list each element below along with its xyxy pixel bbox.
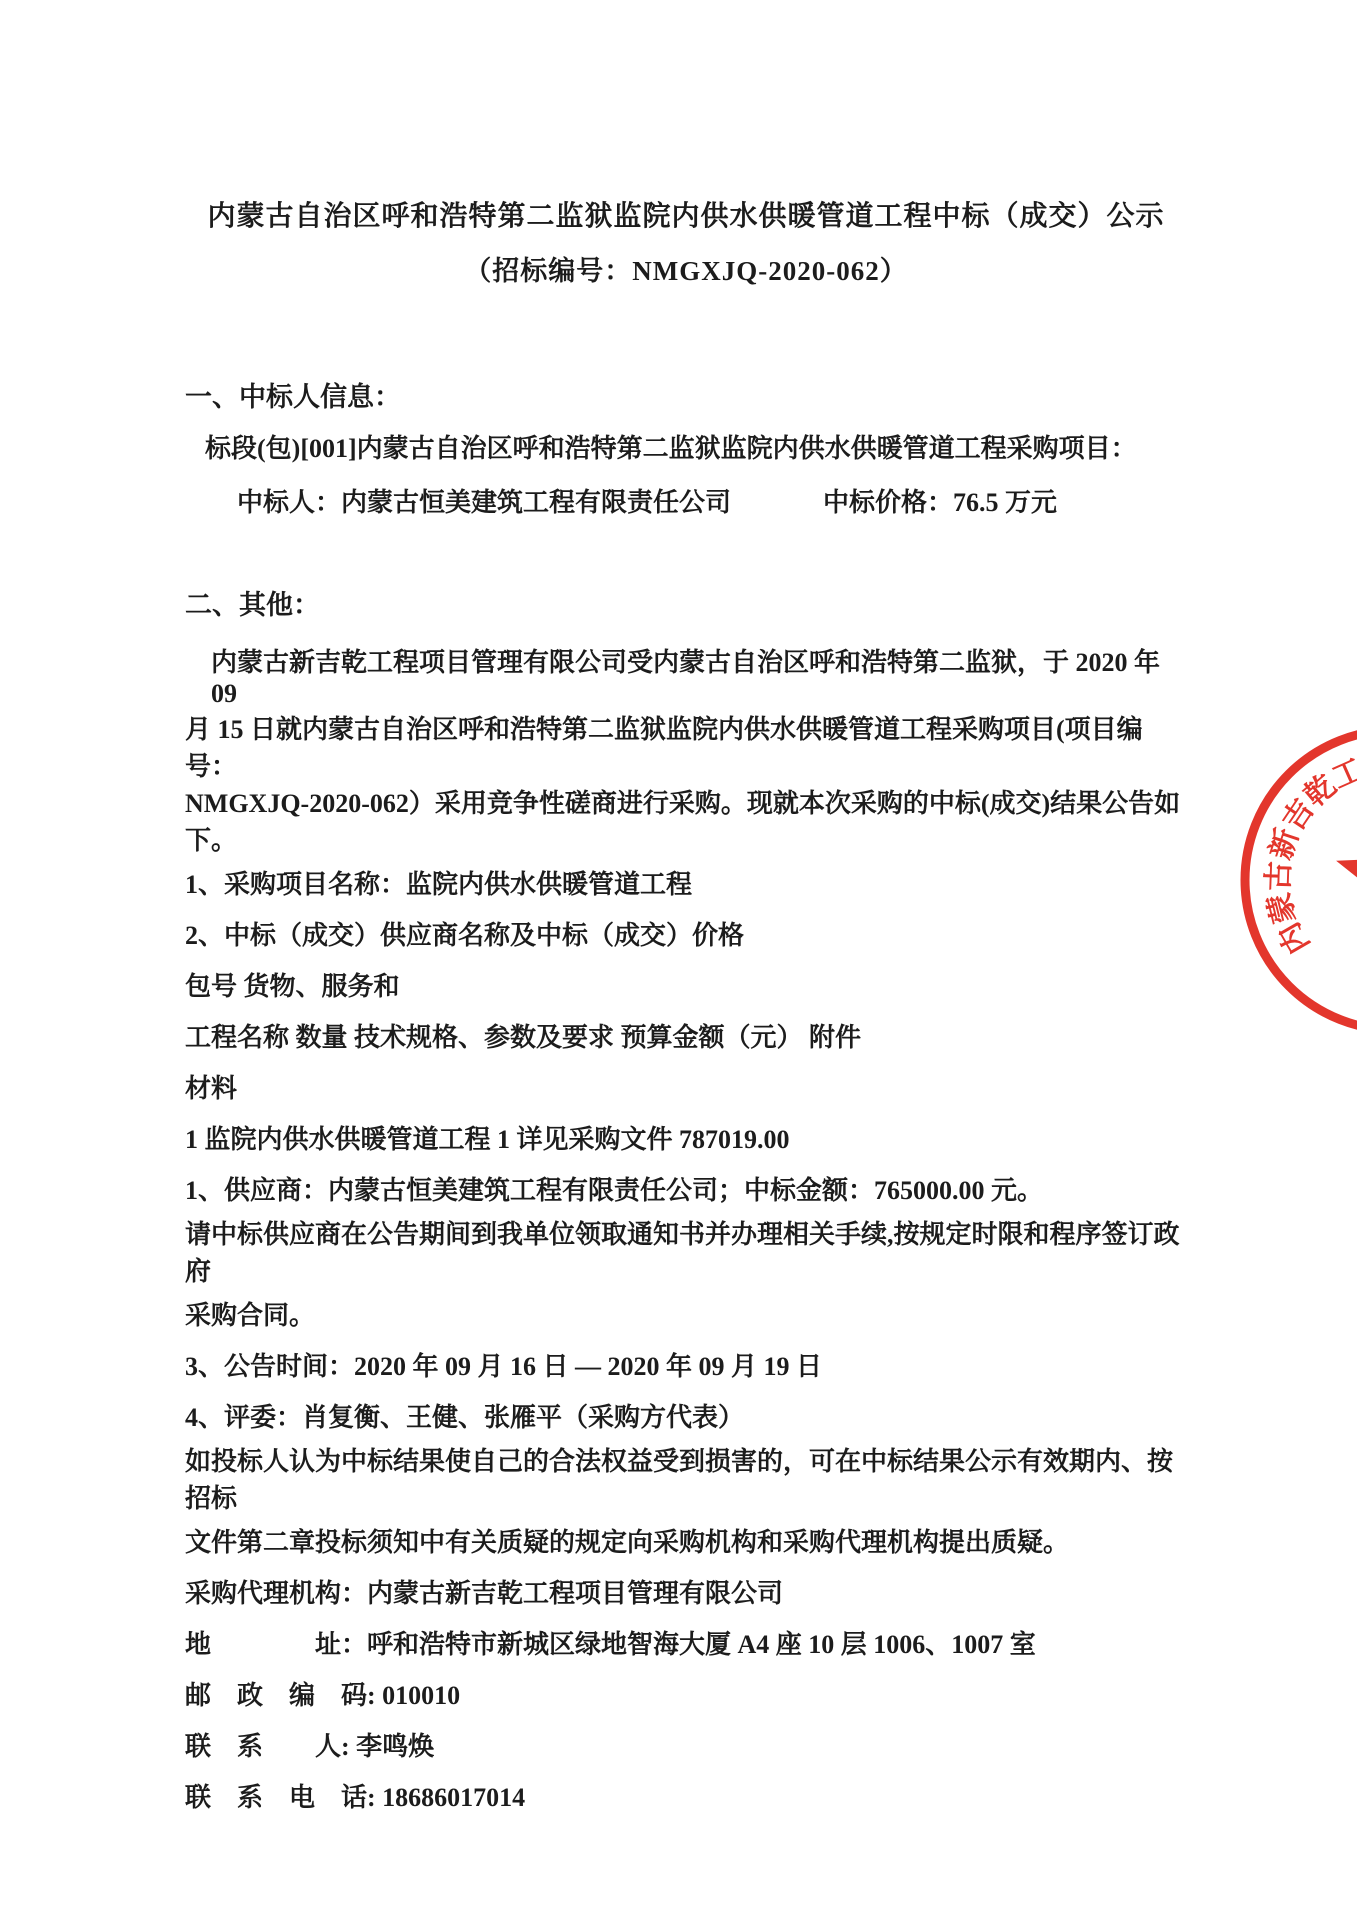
seal-character: 古 [1262, 860, 1296, 891]
body-line: 请中标供应商在公告期间到我单位领取通知书并办理相关手续,按规定时限和程序签订政府 [185, 1214, 1187, 1288]
body-line: 邮 政 编 码: 010010 [185, 1668, 1187, 1719]
body-line: 包号 货物、服务和 [185, 959, 1187, 1010]
section-other-body: 内蒙古新吉乾工程项目管理有限公司受内蒙古自治区呼和浩特第二监狱，于 2020 年… [185, 642, 1187, 1821]
body-line: 月 15 日就内蒙古自治区呼和浩特第二监狱监院内供水供暖管道工程采购项目(项目编… [185, 709, 1187, 783]
lot-package-line: 标段(包)[001]内蒙古自治区呼和浩特第二监狱监院内供水供暖管道工程采购项目： [185, 434, 1187, 464]
body-line: 联 系 电 话: 18686017014 [185, 1770, 1187, 1821]
winner-name: 中标人：内蒙古恒美建筑工程有限责任公司 [237, 488, 731, 518]
body-line: 采购代理机构：内蒙古新吉乾工程项目管理有限公司 [185, 1566, 1187, 1617]
section-other-heading: 二、其他： [185, 590, 1187, 620]
section-winner-heading: 一、中标人信息： [185, 382, 1187, 412]
body-line: 内蒙古新吉乾工程项目管理有限公司受内蒙古自治区呼和浩特第二监狱，于 2020 年… [185, 642, 1187, 709]
body-line: 1、采购项目名称：监院内供水供暖管道工程 [185, 857, 1187, 908]
body-line: 2、中标（成交）供应商名称及中标（成交）价格 [185, 908, 1187, 959]
body-line: 联 系 人: 李鸣焕 [185, 1719, 1187, 1770]
body-line: 采购合同。 [185, 1288, 1187, 1339]
tender-number-subtitle: （招标编号：NMGXJQ-2020-062） [185, 252, 1187, 290]
body-line: NMGXJQ-2020-062）采用竞争性磋商进行采购。现就本次采购的中标(成交… [185, 783, 1187, 857]
page-title: 内蒙古自治区呼和浩特第二监狱监院内供水供暖管道工程中标（成交）公示 [185, 198, 1187, 236]
body-line: 工程名称 数量 技术规格、参数及要求 预算金额（元） 附件 [185, 1010, 1187, 1061]
body-line: 1 监院内供水供暖管道工程 1 详见采购文件 787019.00 [185, 1112, 1187, 1163]
body-line: 如投标人认为中标结果使自己的合法权益受到损害的，可在中标结果公示有效期内、按招标 [185, 1441, 1187, 1515]
document-content: 内蒙古自治区呼和浩特第二监狱监院内供水供暖管道工程中标（成交）公示 （招标编号：… [185, 198, 1187, 1821]
body-line: 1、供应商：内蒙古恒美建筑工程有限责任公司；中标金额：765000.00 元。 [185, 1163, 1187, 1214]
body-line: 3、公告时间：2020 年 09 月 16 日 — 2020 年 09 月 19… [185, 1339, 1187, 1390]
document-page: 内蒙古自治区呼和浩特第二监狱监院内供水供暖管道工程中标（成交）公示 （招标编号：… [0, 0, 1357, 1920]
seal-star-icon [1336, 818, 1357, 930]
winning-price: 中标价格：76.5 万元 [823, 488, 1057, 518]
official-seal-stamp: 内蒙古新吉乾工程项目管理有限公司 [1225, 710, 1357, 1050]
body-line: 文件第二章投标须知中有关质疑的规定向采购机构和采购代理机构提出质疑。 [185, 1515, 1187, 1566]
body-line: 4、评委：肖复衡、王健、张雁平（采购方代表） [185, 1390, 1187, 1441]
winner-price-row: 中标人：内蒙古恒美建筑工程有限责任公司 中标价格：76.5 万元 [185, 488, 1187, 518]
body-line: 地 址：呼和浩特市新城区绿地智海大厦 A4 座 10 层 1006、1007 室 [185, 1617, 1187, 1668]
body-line: 材料 [185, 1061, 1187, 1112]
seal-text-arc: 内蒙古新吉乾工程项目管理有限公司 [1262, 747, 1357, 960]
seal-character: 蒙 [1263, 890, 1302, 927]
